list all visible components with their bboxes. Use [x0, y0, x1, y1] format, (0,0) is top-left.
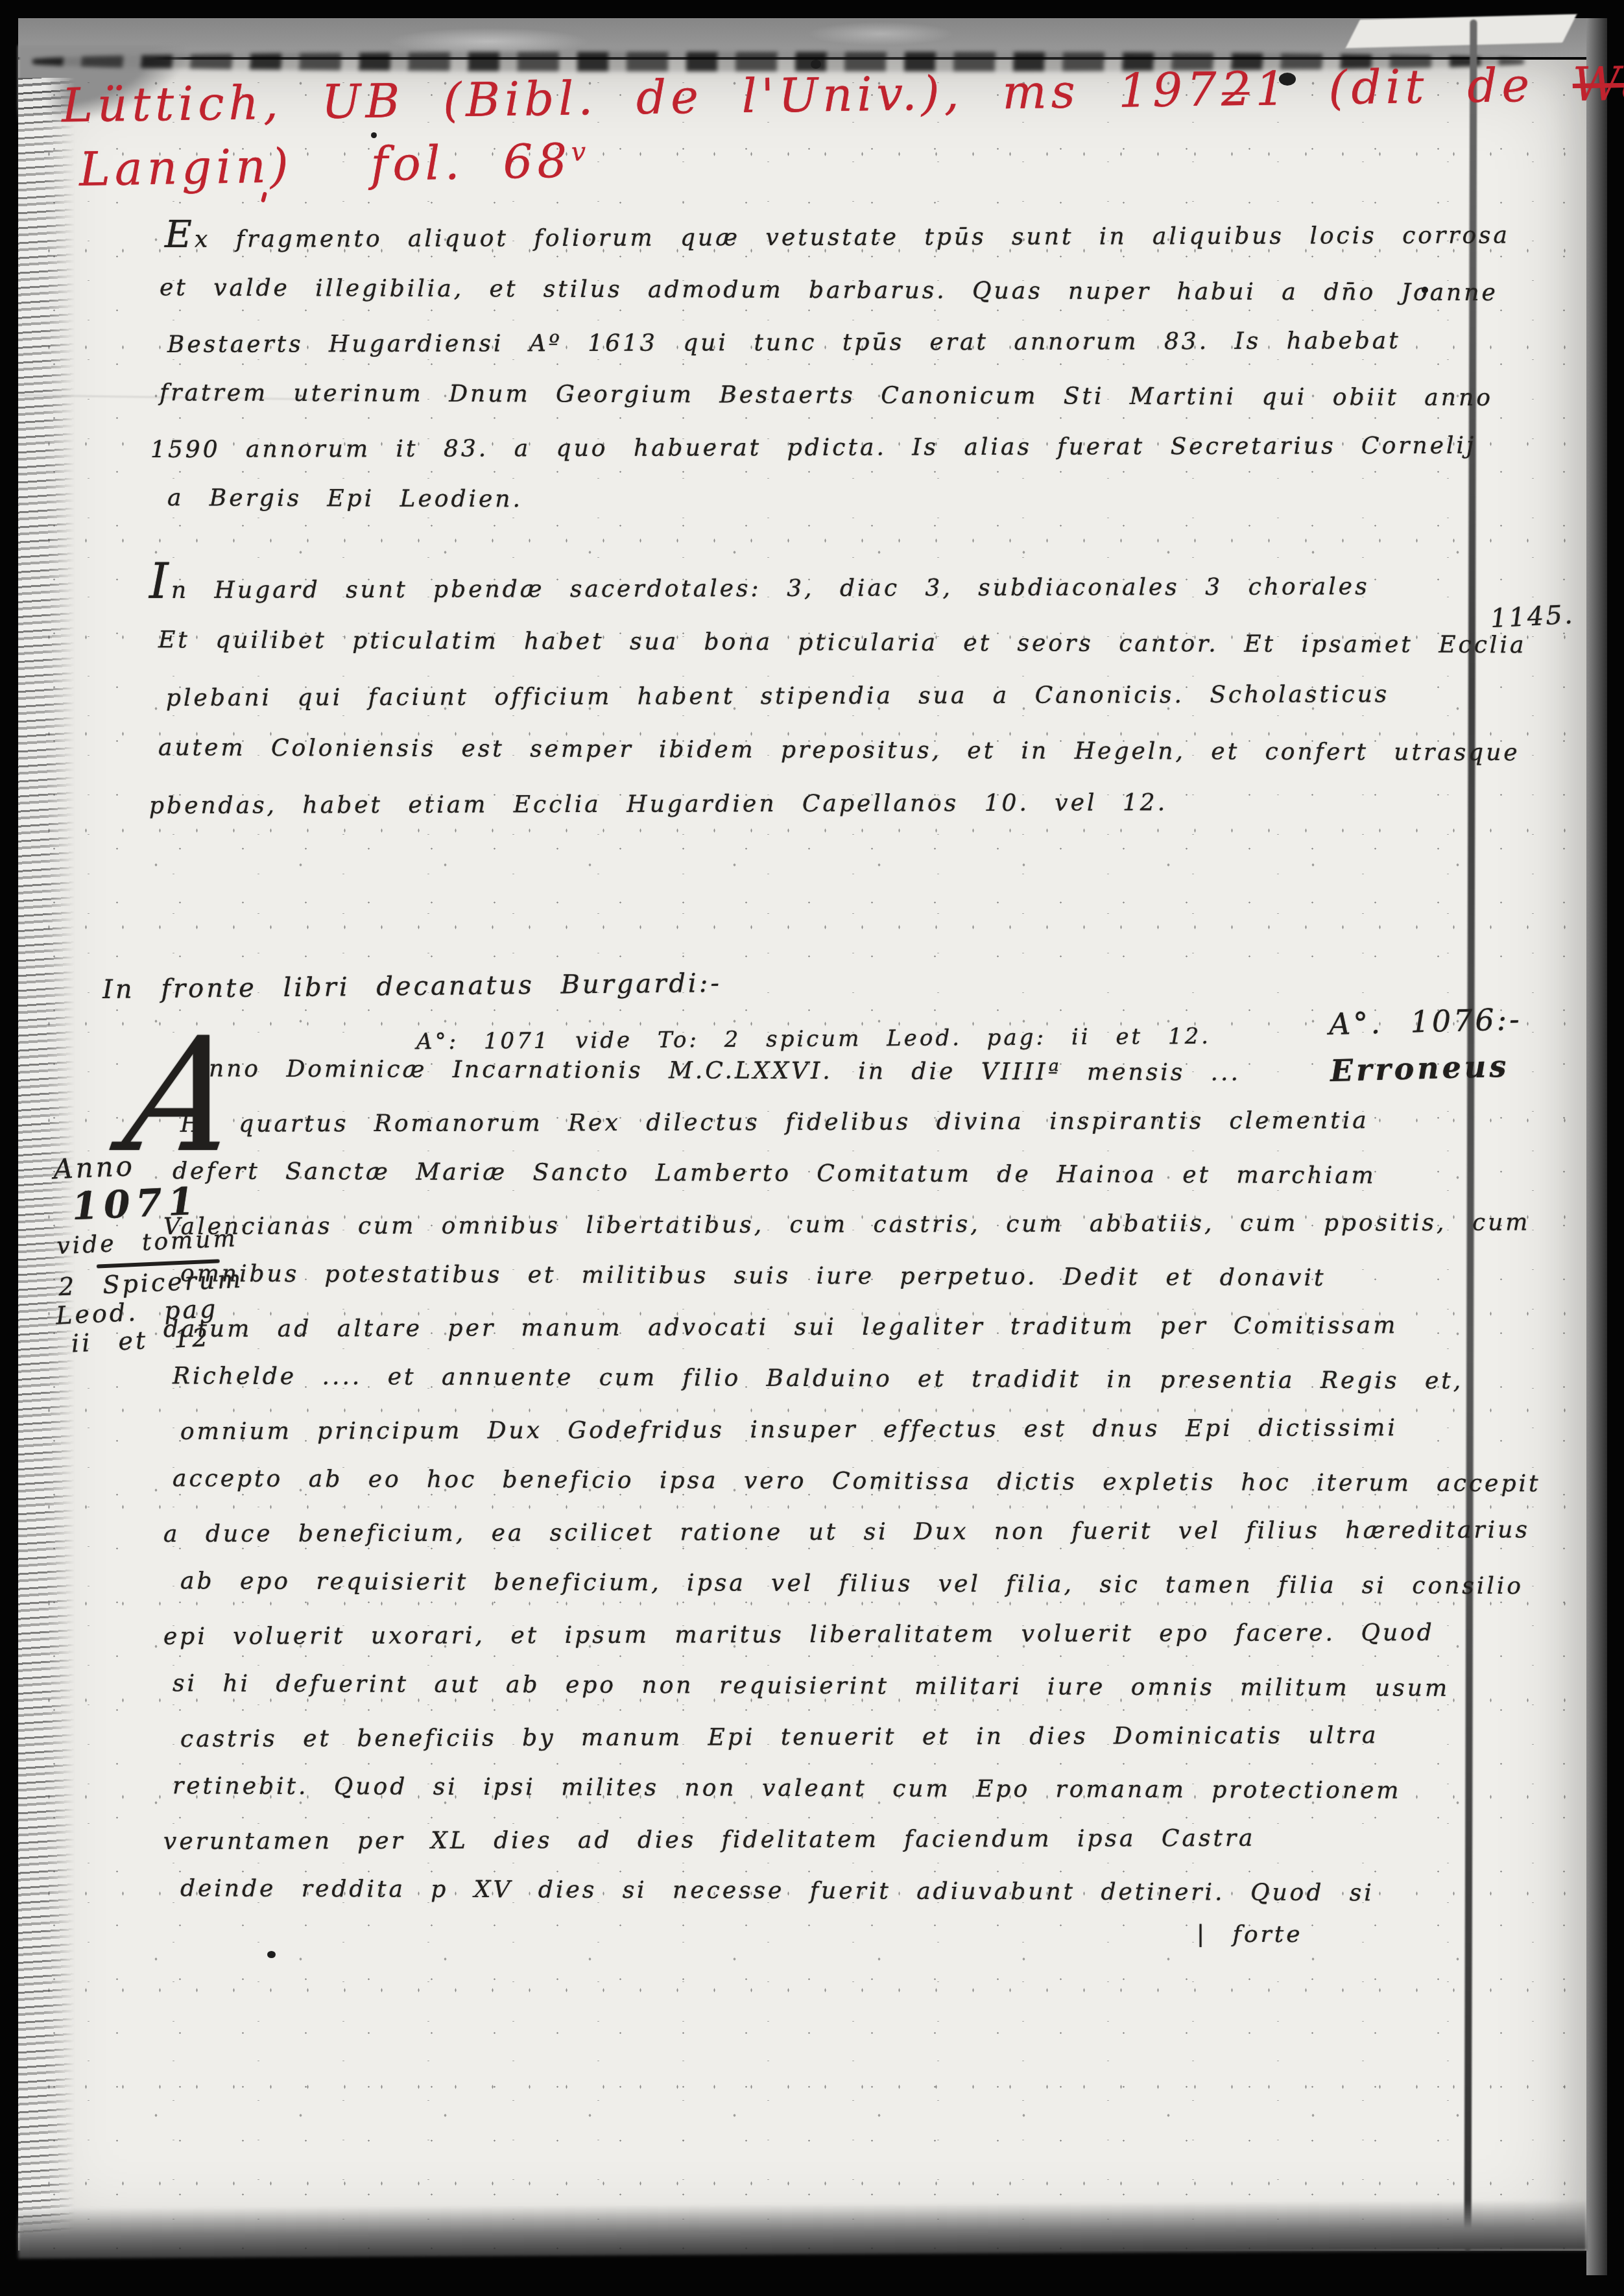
folio-number: fol. 68 [370, 134, 572, 191]
charter-line-6: datum ad altare per manum advocati sui l… [163, 1300, 1428, 1355]
provenance-line-3: Bestaerts Hugardiensi Aº 1613 qui tunc t… [167, 315, 1422, 371]
margin-year-1076: A°. 1076:- [1328, 1001, 1522, 1042]
charter-line-15: retinebit. Quod si ipsi milites non vale… [173, 1760, 1428, 1816]
scanned-page-photograph: Lüttich, UB (Bibl. de l'Univ.), ms 1972̶… [0, 0, 1624, 2296]
charter-paragraph: A nno Dominicæ Incarnationis M.C.LXXVI. … [163, 1046, 1428, 1917]
page-right-edge-shadow [1586, 18, 1607, 2275]
provenance-line-2: et valde illegibilia, et stilus admodum … [160, 261, 1422, 318]
charter-line-16: veruntamen per XL dies ad dies fidelitat… [163, 1812, 1428, 1867]
charter-line-4: Valencianas cum omnibus libertatibus, cu… [163, 1197, 1428, 1252]
hugarden-line-1: In Hugard sunt pbendæ sacerdotales: 3, d… [149, 551, 1420, 617]
charter-line-9: accepto ab eo hoc beneficio ipsa vero Co… [173, 1453, 1428, 1509]
charter-line-5: omnibus potestatibus et militibus suis i… [180, 1248, 1428, 1304]
hugarden-line-5: pbendas, habet etiam Ecclia Hugardien Ca… [149, 775, 1420, 833]
shelfmark-name: Langin) [78, 138, 293, 197]
charter-line-7: Richelde .... et annuente cum filio Bald… [173, 1350, 1428, 1406]
shelfmark-text: 1 (dit de [1255, 58, 1534, 116]
shelfmark-overwritten-digit: 2̶ [1221, 62, 1256, 117]
charter-line-2: H. quartus Romanorum Rex dilectus fideli… [180, 1095, 1428, 1150]
page-bottom-shadow [18, 2200, 1586, 2259]
provenance-line-6: a Bergis Epi Leodien. [167, 472, 1422, 529]
charter-line-10: a duce beneficium, ea scilicet ratione u… [163, 1505, 1428, 1560]
hugarden-note-paragraph: In Hugard sunt pbendæ sacerdotales: 3, d… [149, 553, 1420, 831]
shelfmark-line-2: Langin)fol. 68v [78, 133, 591, 197]
provenance-line-1: Ex fragmento aliquot foliorum quæ vetust… [150, 204, 1422, 266]
charter-line-17: deinde reddita p XV dies si necesse fuer… [180, 1863, 1428, 1919]
shelfmark-struck-word: Wachtendonck [1572, 51, 1624, 112]
provenance-note-paragraph: Ex fragmento aliquot foliorum quæ vetust… [150, 206, 1422, 527]
folio-reference: fol. 68v [370, 133, 591, 191]
adjacent-paper-corner [1346, 14, 1577, 49]
adjacent-page-number: 1145. [1490, 600, 1575, 634]
charter-line-13: si hi defuerint aut ab epo non requisier… [173, 1658, 1428, 1714]
charter-line-3: defert Sanctæ Mariæ Sancto Lamberto Comi… [173, 1145, 1428, 1201]
charter-line-8: omnium principum Dux Godefridus insuper … [180, 1402, 1428, 1457]
charter-line-11: ab epo requisierit beneficium, ipsa vel … [180, 1555, 1428, 1611]
hugarden-line-4: autem Coloniensis est semper ibidem prep… [158, 721, 1420, 779]
ink-blot [267, 1951, 276, 1958]
catchword: | forte [1197, 1921, 1303, 1948]
provenance-line-4: fratrem uterinum Dnum Georgium Bestaerts… [160, 366, 1422, 424]
charter-line-12: epi voluerit uxorari, et ipsum maritus l… [163, 1607, 1428, 1662]
hugarden-line-2: Et quilibet pticulatim habet sua bona pt… [158, 613, 1420, 671]
charter-line-1: nno Dominicæ Incarnationis M.C.LXXVI. in… [173, 1043, 1428, 1099]
folio-verso-mark: v [571, 137, 590, 167]
provenance-line-5: 1590 annorum it 83. a quo habuerat pdict… [150, 420, 1422, 476]
charter-line-14: castris et beneficiis by manum Epi tenue… [180, 1710, 1428, 1765]
hugarden-line-3: plebani qui faciunt officium habent stip… [166, 667, 1420, 725]
